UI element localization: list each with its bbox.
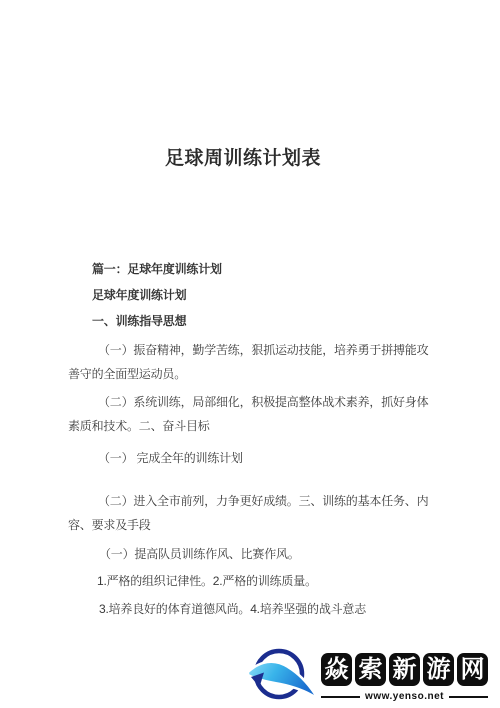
stamp-char-tile: 游 [423,653,454,686]
doc-line: （二）系统训练，局部细化，积极提高整体战术素养，抓好身体 [98,395,428,409]
doc-line: 3.培养良好的体育道德风尚。4.培养坚强的战斗意志 [99,602,366,616]
doc-line: 善守的全面型运动员。 [68,367,186,381]
doc-line: 篇一：足球年度训练计划 [92,262,222,276]
doc-line: （一）提高队员训练作风、比赛作风。 [99,547,300,561]
wave-logo-icon [246,646,316,704]
document-page: 足球周训练计划表 篇一：足球年度训练计划 足球年度训练计划 一、训练指导思想 （… [0,0,500,708]
site-name-stamp: 焱 索 新 游 网 [321,653,488,686]
doc-line: 足球年度训练计划 [92,288,186,302]
stamp-char-tile: 焱 [321,653,352,686]
doc-line: （一）振奋精神，勤学苦练，狠抓运动技能，培养勇于拼搏能攻 [98,343,428,357]
site-url: www.yenso.net [365,691,444,702]
stamp-char-tile: 网 [457,653,488,686]
doc-line: 一、训练指导思想 [92,314,186,328]
stamp-char-tile: 索 [355,653,386,686]
document-title: 足球周训练计划表 [165,148,321,170]
rule-right [449,696,488,698]
stamp-char-tile: 新 [389,653,420,686]
doc-line: （二）进入全市前列，力争更好成绩。三、训练的基本任务、内 [98,494,428,508]
doc-line: 容、要求及手段 [68,518,151,532]
doc-line: 素质和技术。二、奋斗目标 [68,419,210,433]
site-url-row: www.yenso.net [321,691,488,702]
doc-line: 1.严格的组织记律性。2.严格的训练质量。 [97,574,317,588]
doc-line: （一） 完成全年的训练计划 [98,451,243,465]
rule-left [321,696,360,698]
